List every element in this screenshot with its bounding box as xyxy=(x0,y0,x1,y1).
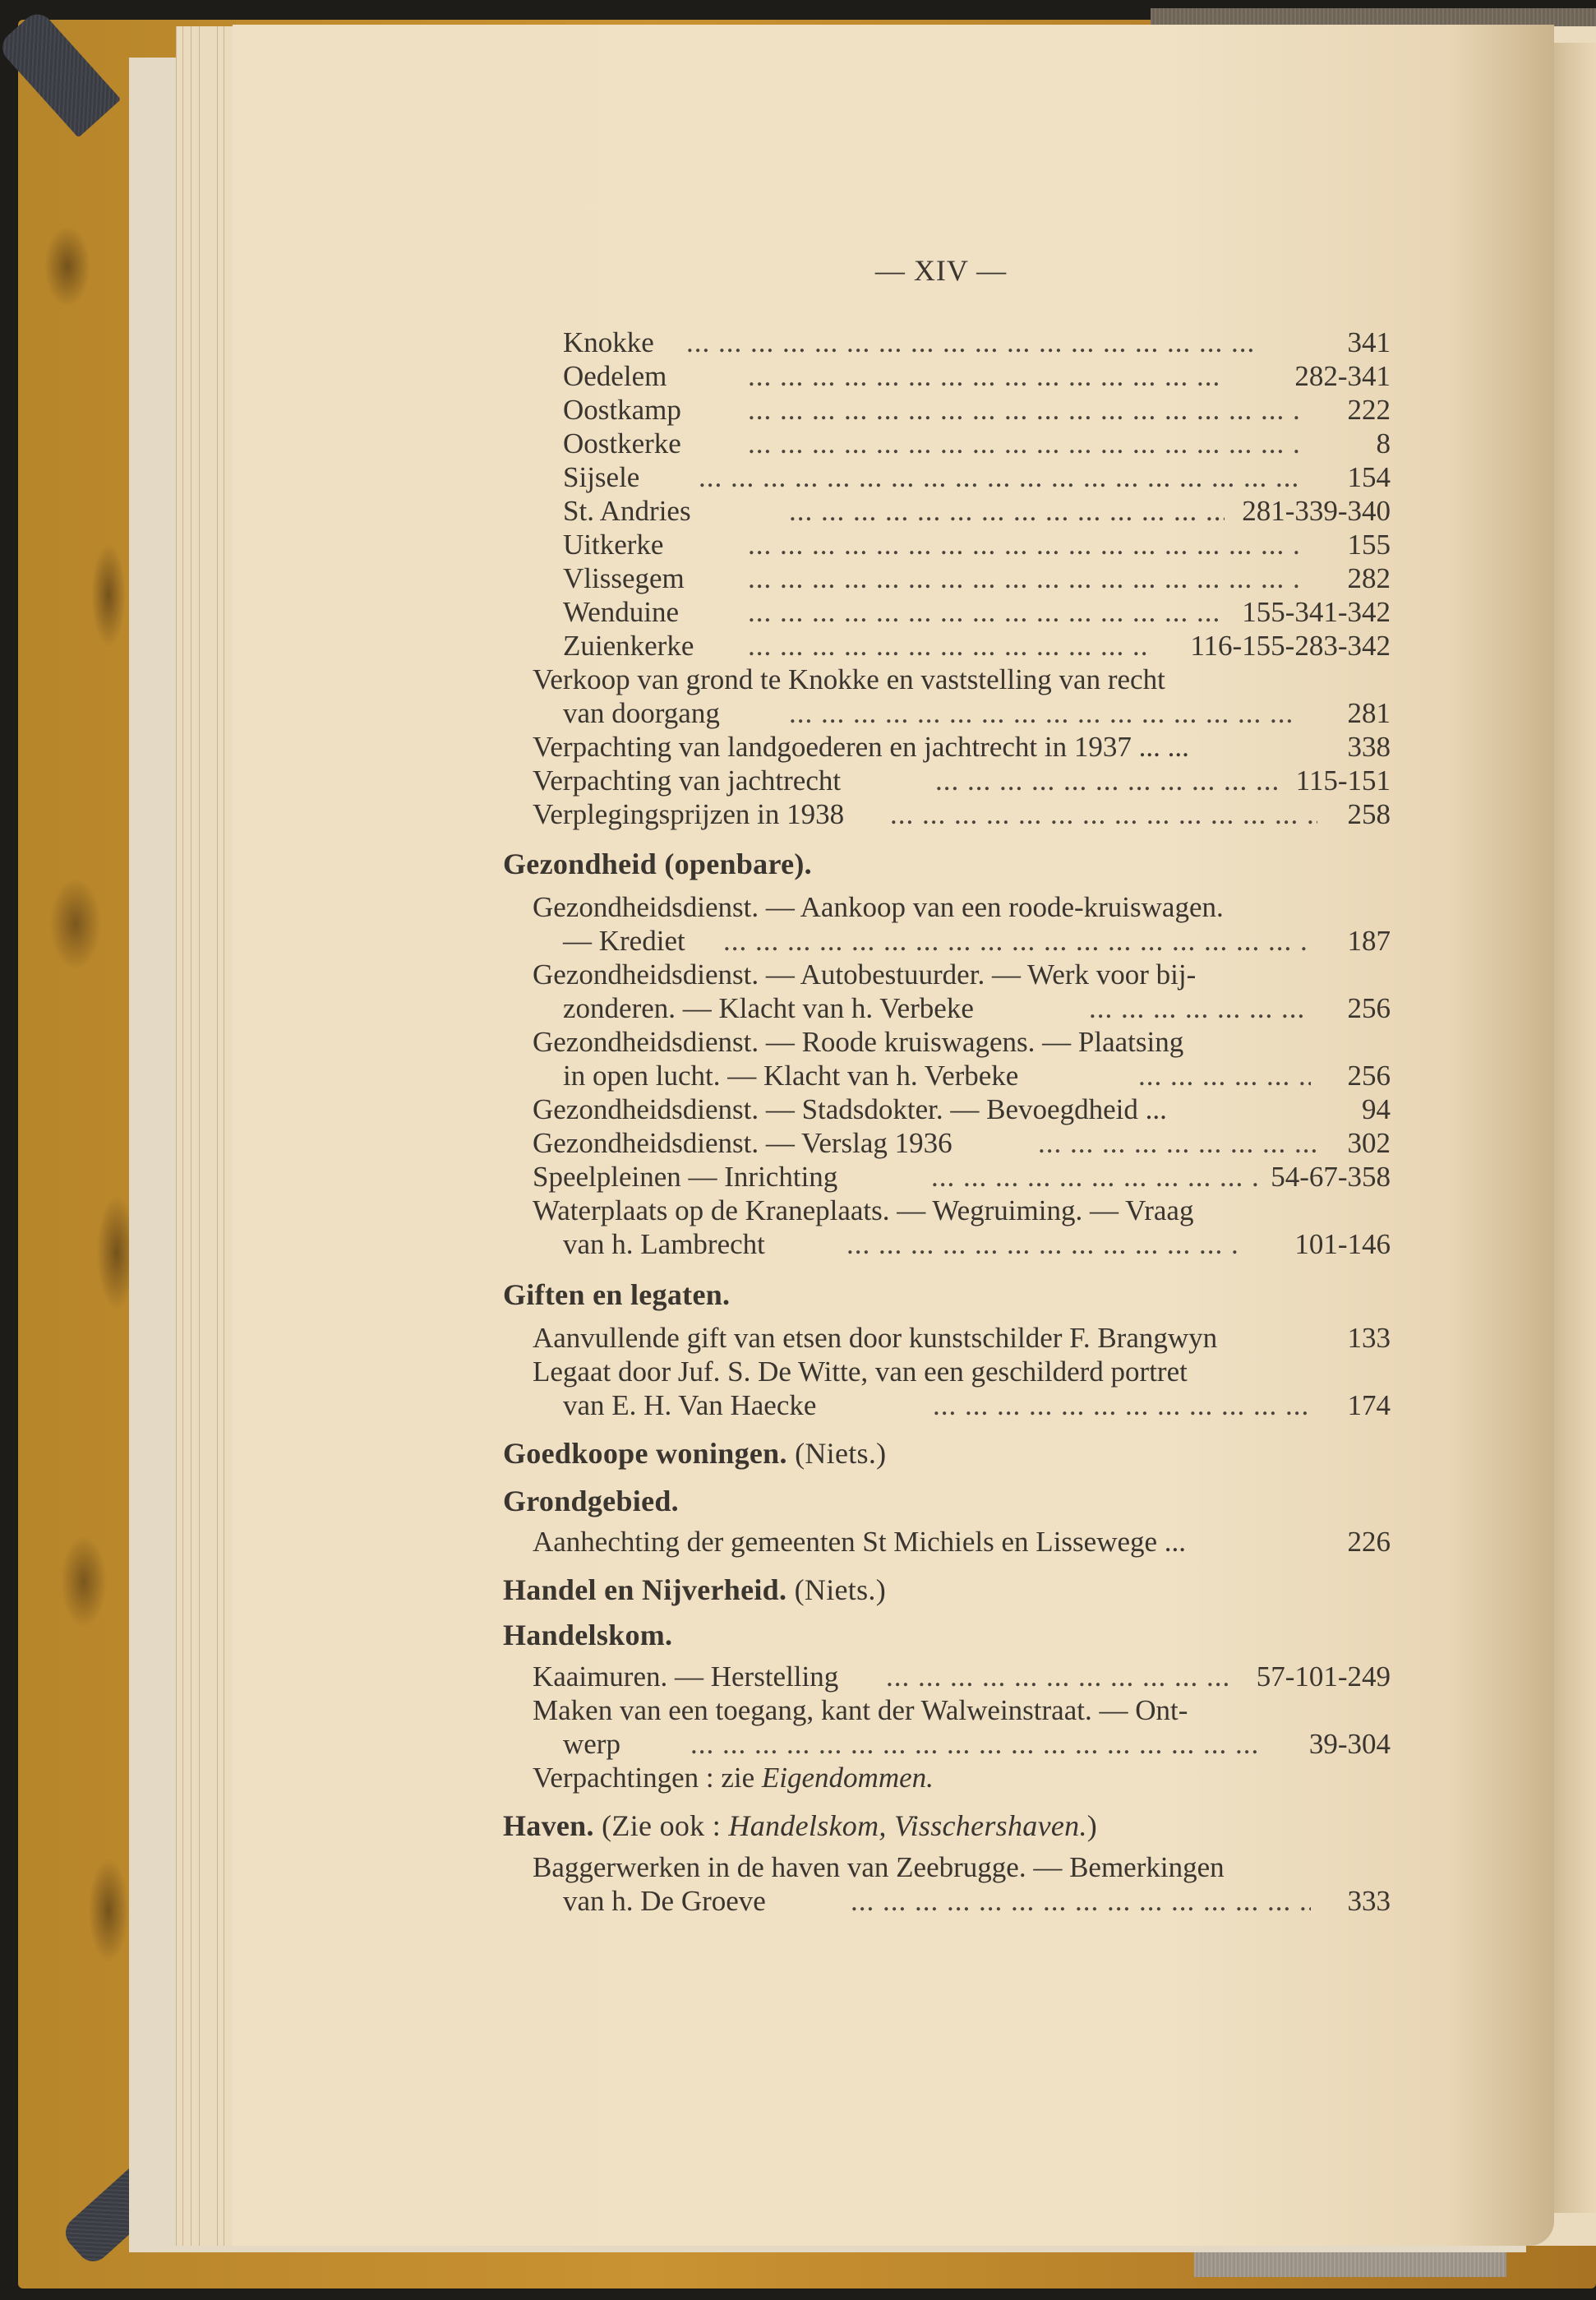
index-entry-line: Waterplaats op de Kraneplaats. — Wegruim… xyxy=(533,1194,1391,1227)
entry-text: Gezondheidsdienst. — Autobestuurder. — W… xyxy=(533,958,1196,991)
entry-label: Knokke xyxy=(563,326,654,359)
entry-pages: 57-101-249 xyxy=(1257,1660,1391,1693)
heading-note: (Niets.) xyxy=(795,1573,886,1606)
index-entry: Speelpleinen — Inrichting... ... ... ...… xyxy=(533,1160,1391,1194)
entry-text-regular: Verpachtingen : zie xyxy=(533,1762,754,1794)
leader-dots: ... ... ... ... ... ... ... ... ... ... … xyxy=(748,528,1298,561)
index-entry: Gezondheidsdienst. — Stadsdokter. — Bevo… xyxy=(533,1092,1391,1126)
index-entry-line: in open lucht. — Klacht van h. Verbeke..… xyxy=(563,1059,1391,1092)
index-entry-line: van h. Lambrecht... ... ... ... ... ... … xyxy=(563,1227,1391,1261)
entry-text: Legaat door Juf. S. De Witte, van een ge… xyxy=(533,1355,1188,1388)
entry-pages: 187 xyxy=(1348,924,1391,958)
entry-text: in open lucht. — Klacht van h. Verbeke xyxy=(563,1059,1018,1092)
index-entry-line: Maken van een toegang, kant der Walweins… xyxy=(533,1693,1391,1727)
leader-dots: ... ... ... ... ... ... ... ... ... ... … xyxy=(789,494,1225,528)
index-entry: Oostkamp... ... ... ... ... ... ... ... … xyxy=(563,393,1391,427)
index-entry: Wenduine... ... ... ... ... ... ... ... … xyxy=(563,595,1391,629)
entry-pages: 116-155-283-342 xyxy=(1190,629,1391,663)
entry-pages: 256 xyxy=(1348,991,1391,1025)
leader-dots: ... ... ... ... ... ... ... ... ... ... … xyxy=(748,393,1298,427)
leader-dots: ... ... ... ... ... ... ... ... xyxy=(1089,991,1311,1025)
entry-label: Oostkerke xyxy=(563,427,681,460)
index-entry-line: Gezondheidsdienst. — Roode kruiswagens. … xyxy=(533,1025,1391,1059)
section-heading: Handelskom. xyxy=(503,1619,672,1652)
heading-note: (Zie ook : Handelskom, Visschershaven.) xyxy=(602,1809,1097,1842)
entry-pages: 115-151 xyxy=(1296,764,1391,797)
entry-pages: 133 xyxy=(1348,1321,1391,1355)
leader-dots: ... ... ... ... ... ... ... ... ... ... … xyxy=(931,1160,1260,1194)
leader-dots: ... ... ... ... ... ... xyxy=(1138,1059,1311,1092)
entry-text: Gezondheidsdienst. — Roode kruiswagens. … xyxy=(533,1025,1183,1059)
section-heading: Goedkoope woningen. (Niets.) xyxy=(503,1437,886,1471)
entry-text: Waterplaats op de Kraneplaats. — Wegruim… xyxy=(533,1194,1193,1227)
entry-pages: 39-304 xyxy=(1309,1727,1391,1761)
entry-pages: 222 xyxy=(1348,393,1391,427)
index-entry: Oedelem... ... ... ... ... ... ... ... .… xyxy=(563,359,1391,393)
index-entry: Sijsele... ... ... ... ... ... ... ... .… xyxy=(563,460,1391,494)
index-entry: St. Andries... ... ... ... ... ... ... .… xyxy=(563,494,1391,528)
entry-text: van E. H. Van Haecke xyxy=(563,1388,816,1422)
note-prefix: (Zie ook : xyxy=(602,1809,721,1842)
entry-label: Uitkerke xyxy=(563,528,663,561)
leader-dots: ... ... ... ... ... ... ... ... ... ... … xyxy=(748,595,1225,629)
index-entry: Verpachtingen : zie Eigendommen. xyxy=(533,1761,1391,1794)
index-entry: Aanvullende gift van etsen door kunstsch… xyxy=(533,1321,1391,1355)
section-heading: Grondgebied. xyxy=(503,1485,679,1518)
leader-dots: ... ... ... ... ... ... ... ... ... ... … xyxy=(890,797,1317,831)
heading-note: (Niets.) xyxy=(795,1437,886,1470)
entry-pages: 341 xyxy=(1348,326,1391,359)
index-entry: Uitkerke... ... ... ... ... ... ... ... … xyxy=(563,528,1391,561)
entry-pages: 282 xyxy=(1348,561,1391,595)
entry-pages: 101-146 xyxy=(1294,1227,1391,1261)
entry-text: zonderen. — Klacht van h. Verbeke xyxy=(563,991,974,1025)
entry-pages: 256 xyxy=(1348,1059,1391,1092)
note-suffix: ) xyxy=(1087,1809,1097,1842)
entry-text: Maken van een toegang, kant der Walweins… xyxy=(533,1693,1188,1727)
entry-text: Baggerwerken in de haven van Zeebrugge. … xyxy=(533,1850,1225,1884)
entry-text: Verpachting van landgoederen en jachtrec… xyxy=(533,730,1189,764)
leader-dots: ... ... ... ... ... ... ... ... ... ... … xyxy=(935,764,1289,797)
cross-reference: Handelskom, Visschershaven. xyxy=(728,1809,1086,1842)
entry-text: van doorgang xyxy=(563,696,720,730)
section-heading: Giften en legaten. xyxy=(503,1278,730,1312)
index-entry-line: werp... ... ... ... ... ... ... ... ... … xyxy=(563,1727,1391,1761)
leader-dots: ... ... ... ... ... ... ... ... ... ... … xyxy=(846,1227,1241,1261)
entry-pages: 94 xyxy=(1362,1092,1391,1126)
entry-pages: 174 xyxy=(1348,1388,1391,1422)
entry-text: van h. Lambrecht xyxy=(563,1227,765,1261)
entry-pages: 338 xyxy=(1348,730,1391,764)
index-entry-line: van doorgang... ... ... ... ... ... ... … xyxy=(563,696,1391,730)
entry-pages: 281-339-340 xyxy=(1242,494,1391,528)
leader-dots: ... ... ... ... ... ... ... ... ... ... … xyxy=(851,1884,1311,1918)
leader-dots: ... ... ... ... ... ... ... ... ... ... … xyxy=(748,629,1151,663)
index-entry: Gezondheidsdienst. — Verslag 1936... ...… xyxy=(533,1126,1391,1160)
index-entry: Verplegingsprijzen in 1938... ... ... ..… xyxy=(533,797,1391,831)
page-number: — XIV — xyxy=(0,253,1596,288)
leader-dots: ... ... ... ... ... ... ... ... ... ... … xyxy=(789,696,1298,730)
index-entry-line: zonderen. — Klacht van h. Verbeke... ...… xyxy=(563,991,1391,1025)
entry-text: werp xyxy=(563,1727,620,1761)
entry-label: Vlissegem xyxy=(563,561,685,595)
leader-dots: ... ... ... ... ... ... ... ... ... ... … xyxy=(748,561,1298,595)
cross-reference: Eigendommen. xyxy=(762,1762,934,1794)
entry-pages: 155-341-342 xyxy=(1242,595,1391,629)
heading-text: Handel en Nijverheid. xyxy=(503,1573,786,1606)
entry-text: Gezondheidsdienst. — Verslag 1936 xyxy=(533,1126,953,1160)
index-entry: Oostkerke... ... ... ... ... ... ... ...… xyxy=(563,427,1391,460)
leader-dots: ... ... ... ... ... ... ... ... ... ... … xyxy=(748,359,1225,393)
index-entry: Zuienkerke... ... ... ... ... ... ... ..… xyxy=(563,629,1391,663)
entry-pages: 226 xyxy=(1348,1525,1391,1559)
entry-label: Zuienkerke xyxy=(563,629,694,663)
section-heading: Haven. (Zie ook : Handelskom, Visschersh… xyxy=(503,1809,1097,1843)
index-entry-line: Legaat door Juf. S. De Witte, van een ge… xyxy=(533,1355,1391,1388)
leader-dots: ... ... ... ... ... ... ... ... ... ... … xyxy=(748,427,1298,460)
index-entry-line: van h. De Groeve... ... ... ... ... ... … xyxy=(563,1884,1391,1918)
heading-text: Haven. xyxy=(503,1809,594,1842)
index-entry-line: Gezondheidsdienst. — Autobestuurder. — W… xyxy=(533,958,1391,991)
leader-dots: ... ... ... ... ... ... ... ... ... ... … xyxy=(933,1388,1311,1422)
entry-pages: 8 xyxy=(1377,427,1391,460)
leader-dots: ... ... ... ... ... ... ... ... ... ... xyxy=(1038,1126,1317,1160)
entry-label: Oedelem xyxy=(563,359,667,393)
entry-text: Verplegingsprijzen in 1938 xyxy=(533,797,844,831)
entry-pages: 282-341 xyxy=(1294,359,1391,393)
entry-pages: 258 xyxy=(1348,797,1391,831)
entry-text: van h. De Groeve xyxy=(563,1884,766,1918)
index-entry-line: Gezondheidsdienst. — Aankoop van een roo… xyxy=(533,890,1391,924)
leader-dots: ... ... ... ... ... ... ... ... ... ... … xyxy=(886,1660,1231,1693)
entry-label: Oostkamp xyxy=(563,393,681,427)
entry-pages: 281 xyxy=(1348,696,1391,730)
index-entry: Kaaimuren. — Herstelling... ... ... ... … xyxy=(533,1660,1391,1693)
index-entry-line: — Krediet... ... ... ... ... ... ... ...… xyxy=(563,924,1391,958)
entry-pages: 155 xyxy=(1348,528,1391,561)
entry-text: Kaaimuren. — Herstelling xyxy=(533,1660,838,1693)
index-entry: Knokke... ... ... ... ... ... ... ... ..… xyxy=(563,326,1391,359)
leader-dots: ... ... ... ... ... ... ... ... ... ... … xyxy=(686,326,1253,359)
entry-pages: 333 xyxy=(1348,1884,1391,1918)
entry-label: Sijsele xyxy=(563,460,639,494)
entry-text: Verpachtingen : zie Eigendommen. xyxy=(533,1761,934,1794)
entry-text: Verkoop van grond te Knokke en vaststell… xyxy=(533,663,1165,696)
entry-pages: 154 xyxy=(1348,460,1391,494)
index-entry: Verpachting van jachtrecht... ... ... ..… xyxy=(533,764,1391,797)
index-entry-line: Verkoop van grond te Knokke en vaststell… xyxy=(533,663,1391,696)
section-heading: Gezondheid (openbare). xyxy=(503,847,812,881)
index-entry-line: van E. H. Van Haecke... ... ... ... ... … xyxy=(563,1388,1391,1422)
heading-text: Goedkoope woningen. xyxy=(503,1437,787,1470)
leader-dots: ... ... ... ... ... ... ... ... ... ... … xyxy=(699,460,1298,494)
entry-label: St. Andries xyxy=(563,494,691,528)
leader-dots: ... ... ... ... ... ... ... ... ... ... … xyxy=(690,1727,1266,1761)
entry-pages: 302 xyxy=(1348,1126,1391,1160)
index-entry: Vlissegem... ... ... ... ... ... ... ...… xyxy=(563,561,1391,595)
entry-text: Verpachting van jachtrecht xyxy=(533,764,841,797)
index-entry: Verpachting van landgoederen en jachtrec… xyxy=(533,730,1391,764)
entry-pages: 54-67-358 xyxy=(1271,1160,1391,1194)
index-entry-line: Baggerwerken in de haven van Zeebrugge. … xyxy=(533,1850,1391,1884)
entry-text: — Krediet xyxy=(563,924,685,958)
entry-label: Wenduine xyxy=(563,595,679,629)
section-heading: Handel en Nijverheid. (Niets.) xyxy=(503,1573,886,1607)
entry-text: Speelpleinen — Inrichting xyxy=(533,1160,837,1194)
entry-text: Gezondheidsdienst. — Stadsdokter. — Bevo… xyxy=(533,1092,1167,1126)
entry-text: Gezondheidsdienst. — Aankoop van een roo… xyxy=(533,890,1224,924)
entry-text: Aanvullende gift van etsen door kunstsch… xyxy=(533,1321,1217,1355)
entry-text: Aanhechting der gemeenten St Michiels en… xyxy=(533,1525,1186,1559)
index-entry: Aanhechting der gemeenten St Michiels en… xyxy=(533,1525,1391,1559)
leader-dots: ... ... ... ... ... ... ... ... ... ... … xyxy=(723,924,1307,958)
